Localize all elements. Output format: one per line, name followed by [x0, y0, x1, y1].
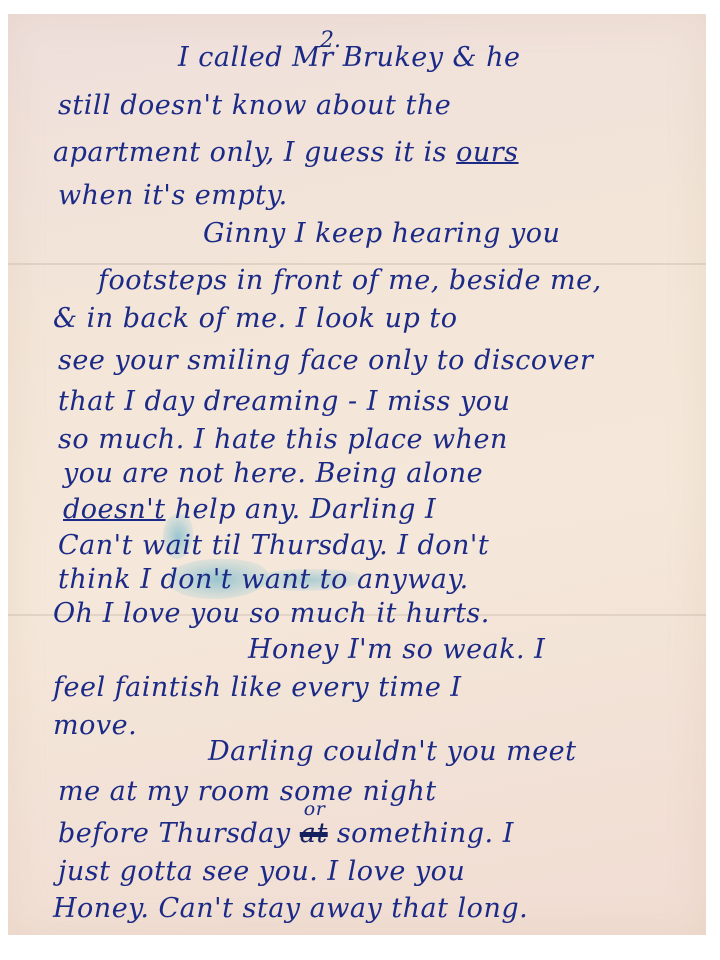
- underlined-word: doesn't: [63, 494, 166, 525]
- struck-word: at: [300, 818, 328, 849]
- letter-line: see your smiling face only to discover: [58, 345, 593, 376]
- letter-line: & in back of me. I look up to: [53, 303, 457, 334]
- letter-line: before Thursday orat something. I: [58, 818, 514, 849]
- correction: orat: [300, 818, 328, 849]
- letter-line: Honey. Can't stay away that long.: [53, 893, 528, 924]
- letter-line: doesn't help any. Darling I: [63, 494, 436, 525]
- letter-line: Darling couldn't you meet: [208, 736, 577, 767]
- letter-line: feel faintish like every time I: [53, 672, 462, 703]
- letter-page: 2. I called Mr Brukey & he still doesn't…: [8, 14, 706, 935]
- letter-line: I called Mr Brukey & he: [178, 42, 521, 73]
- letter-line: you are not here. Being alone: [63, 458, 483, 489]
- inserted-word: or: [304, 798, 326, 820]
- letter-line: think I don't want to anyway.: [58, 564, 469, 595]
- letter-line: move.: [53, 710, 137, 741]
- letter-line: Ginny I keep hearing you: [203, 218, 560, 249]
- letter-line: me at my room some night: [58, 776, 437, 807]
- letter-line: when it's empty.: [58, 180, 288, 211]
- letter-line: just gotta see you. I love you: [58, 856, 465, 887]
- letter-line: apartment only, I guess it is ours: [53, 137, 519, 168]
- letter-line: footsteps in front of me, beside me,: [98, 265, 602, 296]
- letter-line: Oh I love you so much it hurts.: [53, 598, 490, 629]
- letter-line: Can't wait til Thursday. I don't: [58, 530, 489, 561]
- underlined-word: ours: [456, 137, 518, 168]
- letter-line: that I day dreaming - I miss you: [58, 386, 510, 417]
- letter-line: still doesn't know about the: [58, 90, 451, 121]
- letter-line: Honey I'm so weak. I: [248, 634, 545, 665]
- letter-line: so much. I hate this place when: [58, 424, 508, 455]
